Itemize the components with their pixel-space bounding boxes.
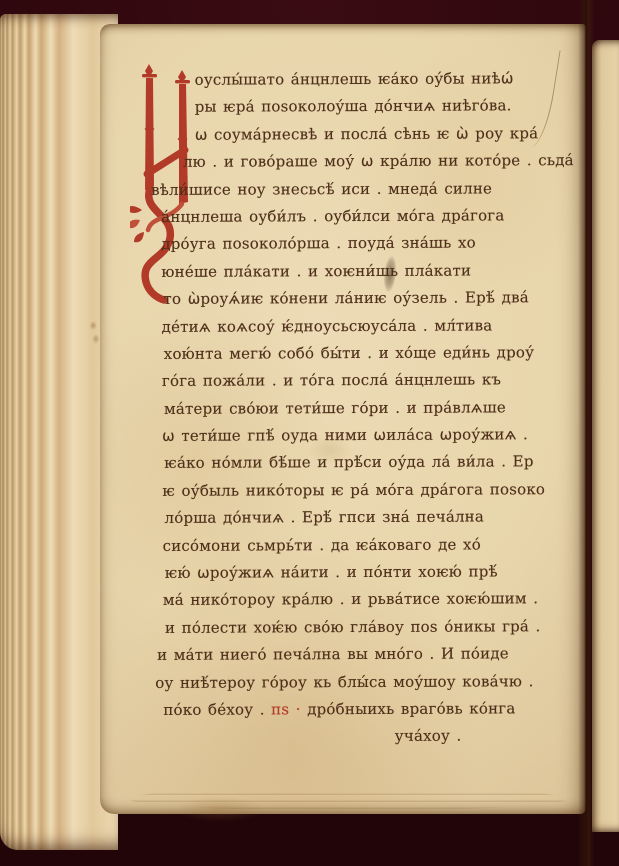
manuscript-line: ма́ нико́тороу кра́лю . и рьва́тисе хоѥю…	[149, 585, 573, 614]
line-text: оуслы́шато а́нцнлешь ѥа́ко оу́бы ниѣѡ́	[195, 69, 514, 88]
line-text: ма́тери сво́юи тети́ше го́ри . и пра́влѧ…	[164, 398, 506, 417]
manuscript-line: по́ко бе́хоу . пѕ · дро́бныихь враго́вь …	[149, 695, 573, 724]
line-text: и по́лести хоѥ́ю сво́ю гла́воу поѕ о́ник…	[165, 617, 541, 637]
manuscript-line: вѣли́шисе ноу знесьсѣ́ иси . мнеда́ силн…	[147, 175, 571, 204]
manuscript-line: ма́тери сво́юи тети́ше го́ри . и пра́влѧ…	[148, 394, 572, 423]
line-text: лю . и гово́раше моу́ ѡ кра́лю ни кото́р…	[183, 151, 574, 171]
line-text: де́тиѧ коѧсоу́ ѥ́дноусьсюуса́ла . мл́тив…	[162, 316, 493, 335]
rubric-text: пѕ ·	[271, 700, 301, 718]
manuscript-line: а́нцнлеша оуби́лъ . оуби́лси мо́га дра́г…	[147, 202, 571, 231]
parchment-stain	[300, 430, 360, 470]
manuscript-line: ѥа́ко но́мли бѣ́ше и прѣ́си оу́да ла́ ви…	[148, 449, 572, 478]
text-block: оуслы́шато а́нцнлешь ѥа́ко оу́бы ниѣѡ́ры…	[147, 65, 574, 752]
manuscript-line: де́тиѧ коѧсоу́ ѥ́дноусьсюуса́ла . мл́тив…	[148, 312, 572, 341]
line-text: а́нцнлеша оуби́лъ . оуби́лси мо́га дра́г…	[161, 206, 504, 225]
line-text: дро́бныихь враго́вь ко́нга	[301, 699, 516, 718]
manuscript-line: дро́уга поѕоколо́рша . поуда́ зна́шь хо	[147, 229, 571, 258]
manuscript-line: юне́ше пла́кати . и хоѥни́шь пла́кати	[147, 257, 571, 286]
line-text: оу ниѣ́тероу го́роу кь блы́са моу́шоу ко…	[155, 672, 533, 692]
manuscript-line: лю . и гово́раше моу́ ѡ кра́лю ни кото́р…	[147, 147, 571, 176]
manuscript-line: оуслы́шато а́нцнлешь ѥа́ко оу́бы ниѣѡ́	[147, 65, 571, 94]
line-text: сисо́мони сьмрь́ти . да ѥа́коваго де хо́	[163, 535, 481, 554]
manuscript-line: ѡ тети́ше гпѣ́ оуда ними ѡила́са ѡроу́жи…	[148, 421, 572, 450]
manuscript-photo: { "colors": { "binding": "#2b070c", "par…	[0, 0, 619, 866]
line-text: дро́уга поѕоколо́рша . поуда́ зна́шь хо	[161, 234, 476, 253]
manuscript-line: ло́рша до́нчиѧ . Ерѣ́ гпси зна́ печа́лна	[148, 503, 572, 532]
manuscript-line: ѥю́ ѡроу́жиѧ на́ити . и по́нти хоѥю́ прѣ…	[149, 558, 573, 587]
line-text: то ѡ̀роуѧ́иѥ ко́нени ла́ниѥ оу́зель . Ер…	[163, 288, 528, 308]
manuscript-line: ѥ оу́быль нико́торы ѥ ра́ мо́га дра́гога…	[148, 476, 572, 505]
manuscript-line: сисо́мони сьмрь́ти . да ѥа́коваго де хо́	[149, 531, 573, 560]
line-text: хою́нта мегю́ собо́ бы́ти . и хо́ще еди́…	[164, 343, 534, 363]
line-text: и ма́ти ниего́ печа́лна вы мно́го . И по…	[157, 645, 509, 665]
manuscript-line: ры ѥра́ поѕоколоу́ша до́нчиѧ ниѣго́ва.	[147, 92, 571, 121]
line-text: ѡ соума́рнесвѣ и посла́ сѣнь ѥ ѡ̀ роу кр…	[195, 124, 539, 143]
line-text: ѥ оу́быль нико́торы ѥ ра́ мо́га дра́гога…	[162, 480, 545, 500]
line-text: ма́ нико́тороу кра́лю . и рьва́тисе хоѥю…	[163, 590, 538, 610]
manuscript-line: уча́хоу .	[149, 722, 573, 751]
line-text: ры ѥра́ поѕоколоу́ша до́нчиѧ ниѣго́ва.	[195, 97, 512, 116]
manuscript-line: оу ниѣ́тероу го́роу кь блы́са моу́шоу ко…	[149, 668, 573, 697]
manuscript-line: то ѡ̀роуѧ́иѥ ко́нени ла́ниѥ оу́зель . Ер…	[147, 284, 571, 313]
manuscript-line: ѡ соума́рнесвѣ и посла́ сѣнь ѥ ѡ̀ роу кр…	[147, 120, 571, 149]
manuscript-line: го́га пожа́ли . и то́га посла́ а́нцнлешь…	[148, 366, 572, 395]
line-text: вѣли́шисе ноу знесьсѣ́ иси . мнеда́ силн…	[151, 179, 492, 198]
manuscript-line: и ма́ти ниего́ печа́лна вы мно́го . И по…	[149, 640, 573, 669]
facing-page-edge	[592, 40, 619, 832]
parchment-stain	[160, 792, 280, 826]
line-text: ло́рша до́нчиѧ . Ерѣ́ гпси зна́ печа́лна	[164, 508, 484, 527]
manuscript-line: хою́нта мегю́ собо́ бы́ти . и хо́ще еди́…	[148, 339, 572, 368]
line-text: го́га пожа́ли . и то́га посла́ а́нцнлешь…	[162, 371, 501, 390]
line-text: юне́ше пла́кати . и хоѥни́шь пла́кати	[161, 261, 471, 280]
manuscript-line: и по́лести хоѥ́ю сво́ю гла́воу поѕ о́ник…	[149, 613, 573, 642]
line-text: уча́хоу .	[395, 727, 462, 745]
line-text: по́ко бе́хоу .	[163, 700, 271, 718]
line-text: ѥю́ ѡроу́жиѧ на́ити . и по́нти хоѥю́ прѣ…	[165, 562, 498, 581]
margin-stain	[86, 318, 104, 348]
